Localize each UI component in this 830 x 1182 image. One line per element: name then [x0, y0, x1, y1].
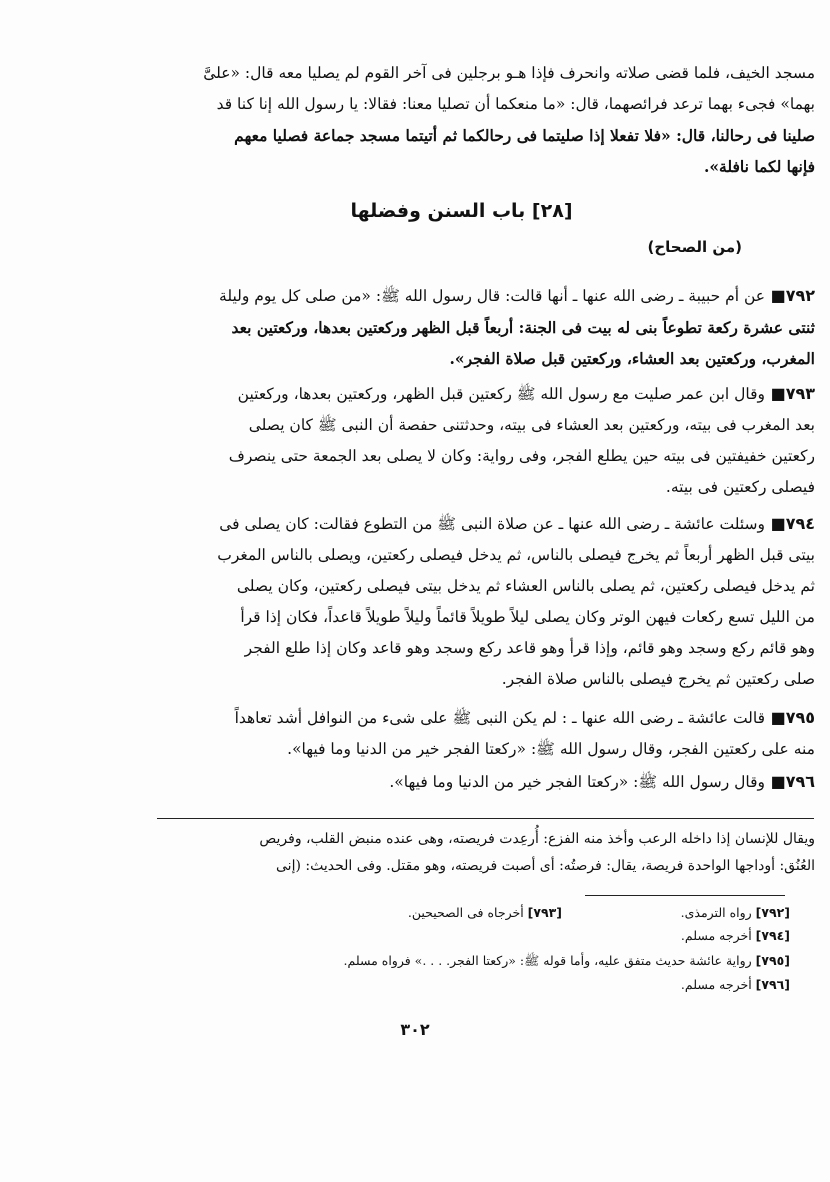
hadith-line: فيصلى ركعتين فى بيته.: [108, 472, 815, 503]
number-marker: ■: [765, 772, 786, 791]
intro-paragraph: مسجد الخيف، فلما قضى صلاته وانحرف فإذا ه…: [108, 58, 815, 182]
hadith-line: المغرب، وركعتين بعد العشاء، وركعتين قبل …: [108, 343, 815, 374]
footnote-text: أخرجه مسلم.: [681, 928, 752, 943]
hadith-text: قالت عائشة ـ رضى الله عنها ـ : لم يكن ال…: [235, 709, 765, 727]
number-marker: ■: [765, 286, 786, 305]
intro-line: صلينا فى رحالنا، قال: «فلا تفعلا إذا صلي…: [108, 120, 815, 151]
hadith-796: ٧٩٦■ وقال رسول الله ﷺ: «ركعتا الفجر خير …: [108, 766, 815, 798]
footnote-ref: [٧٩٥]: [756, 953, 790, 968]
footnote-text: أخرجاه فى الصحيحين.: [408, 905, 524, 920]
hadith-text: وقال ابن عمر صليت مع رسول الله ﷺ ركعتين …: [238, 385, 765, 403]
footnote-ref: [٧٩٤]: [756, 928, 790, 943]
hadith-line: ٧٩٢■ عن أم حبيبة ـ رضى الله عنها ـ أنها …: [108, 280, 815, 312]
number-marker: ■: [765, 384, 786, 403]
hadith-795: ٧٩٥■ قالت عائشة ـ رضى الله عنها ـ : لم ي…: [108, 702, 815, 765]
hadith-line: بيتى قبل الظهر أربعاً ثم يخرج فيصلى بالن…: [108, 540, 815, 571]
footnote-793: [٧٩٣] أخرجاه فى الصحيحين.: [408, 902, 562, 924]
hadith-line: ٧٩٤■ وسئلت عائشة ـ رضى الله عنها ـ عن صل…: [108, 508, 815, 540]
hadith-line: ٧٩٣■ وقال ابن عمر صليت مع رسول الله ﷺ رك…: [108, 378, 815, 410]
page-number: ٣٠٢: [0, 1020, 830, 1039]
intro-line: فإنها لكما نافلة».: [108, 151, 815, 182]
hadith-line: ركعتين خفيفتين فى بيته حين يطلع الفجر، و…: [108, 441, 815, 472]
hadith-text: وقال رسول الله ﷺ: «ركعتا الفجر خير من ال…: [389, 773, 765, 791]
chapter-title: [٢٨] باب السنن وفضلها: [108, 200, 815, 222]
hadith-text: عن أم حبيبة ـ رضى الله عنها ـ أنها قالت:…: [219, 287, 765, 305]
hadith-number: ٧٩٤: [786, 514, 815, 533]
hadith-line: ثم يدخل فيصلى ركعتين، ثم يصلى بالناس الع…: [108, 571, 815, 602]
footnote-ref: [٧٩٣]: [528, 905, 562, 920]
hadith-line: ٧٩٥■ قالت عائشة ـ رضى الله عنها ـ : لم ي…: [108, 702, 815, 734]
footnote-795: [٧٩٥] رواية عائشة حديث متفق عليه، وأما ق…: [344, 950, 790, 972]
hadith-number: ٧٩٢: [786, 286, 815, 305]
hadith-line: صلى ركعتين ثم يخرج فيصلى بالناس صلاة الف…: [108, 664, 815, 695]
chapter-subtitle: (من الصحاح): [647, 238, 742, 256]
gloss-line: العُنُق: أوداجها الواحدة فريصة، يقال: فر…: [108, 853, 815, 880]
gloss-note: ويقال للإنسان إذا داخله الرعب وأخذ منه ا…: [108, 826, 815, 880]
hadith-line: منه على ركعتين الفجر، وقال رسول الله ﷺ: …: [108, 734, 815, 765]
footnotes-separator: [585, 895, 785, 896]
intro-line: بهما» فجىء بهما ترعد فرائصهما، قال: «ما …: [108, 89, 815, 120]
hadith-number: ٧٩٣: [786, 384, 815, 403]
footnote-ref: [٧٩٦]: [756, 977, 790, 992]
gloss-separator: [157, 818, 814, 819]
gloss-line: ويقال للإنسان إذا داخله الرعب وأخذ منه ا…: [108, 826, 815, 853]
number-marker: ■: [765, 708, 786, 727]
footnote-794: [٧٩٤] أخرجه مسلم.: [681, 925, 790, 947]
footnote-792: [٧٩٢] رواه الترمذى.: [681, 902, 790, 924]
hadith-794: ٧٩٤■ وسئلت عائشة ـ رضى الله عنها ـ عن صل…: [108, 508, 815, 695]
hadith-792: ٧٩٢■ عن أم حبيبة ـ رضى الله عنها ـ أنها …: [108, 280, 815, 374]
footnote-text: أخرجه مسلم.: [681, 977, 752, 992]
hadith-number: ٧٩٥: [786, 708, 815, 727]
footnote-796: [٧٩٦] أخرجه مسلم.: [681, 974, 790, 996]
hadith-line: من الليل تسع ركعات فيهن الوتر وكان يصلى …: [108, 602, 815, 633]
footnote-text: رواية عائشة حديث متفق عليه، وأما قوله ﷺ:…: [344, 953, 752, 968]
hadith-number: ٧٩٦: [786, 772, 815, 791]
footnote-ref: [٧٩٢]: [756, 905, 790, 920]
hadith-line: بعد المغرب فى بيته، وركعتين بعد العشاء ف…: [108, 410, 815, 441]
hadith-text: وسئلت عائشة ـ رضى الله عنها ـ عن صلاة ال…: [219, 515, 765, 533]
intro-line: مسجد الخيف، فلما قضى صلاته وانحرف فإذا ه…: [108, 58, 815, 89]
hadith-line: وهو قائم ركع وسجد وهو قائم، وإذا قرأ وهو…: [108, 633, 815, 664]
number-marker: ■: [765, 514, 786, 533]
hadith-line: ثنتى عشرة ركعة تطوعاً بنى له بيت فى الجن…: [108, 312, 815, 343]
hadith-line: ٧٩٦■ وقال رسول الله ﷺ: «ركعتا الفجر خير …: [108, 766, 815, 798]
footnote-text: رواه الترمذى.: [681, 905, 752, 920]
hadith-793: ٧٩٣■ وقال ابن عمر صليت مع رسول الله ﷺ رك…: [108, 378, 815, 503]
